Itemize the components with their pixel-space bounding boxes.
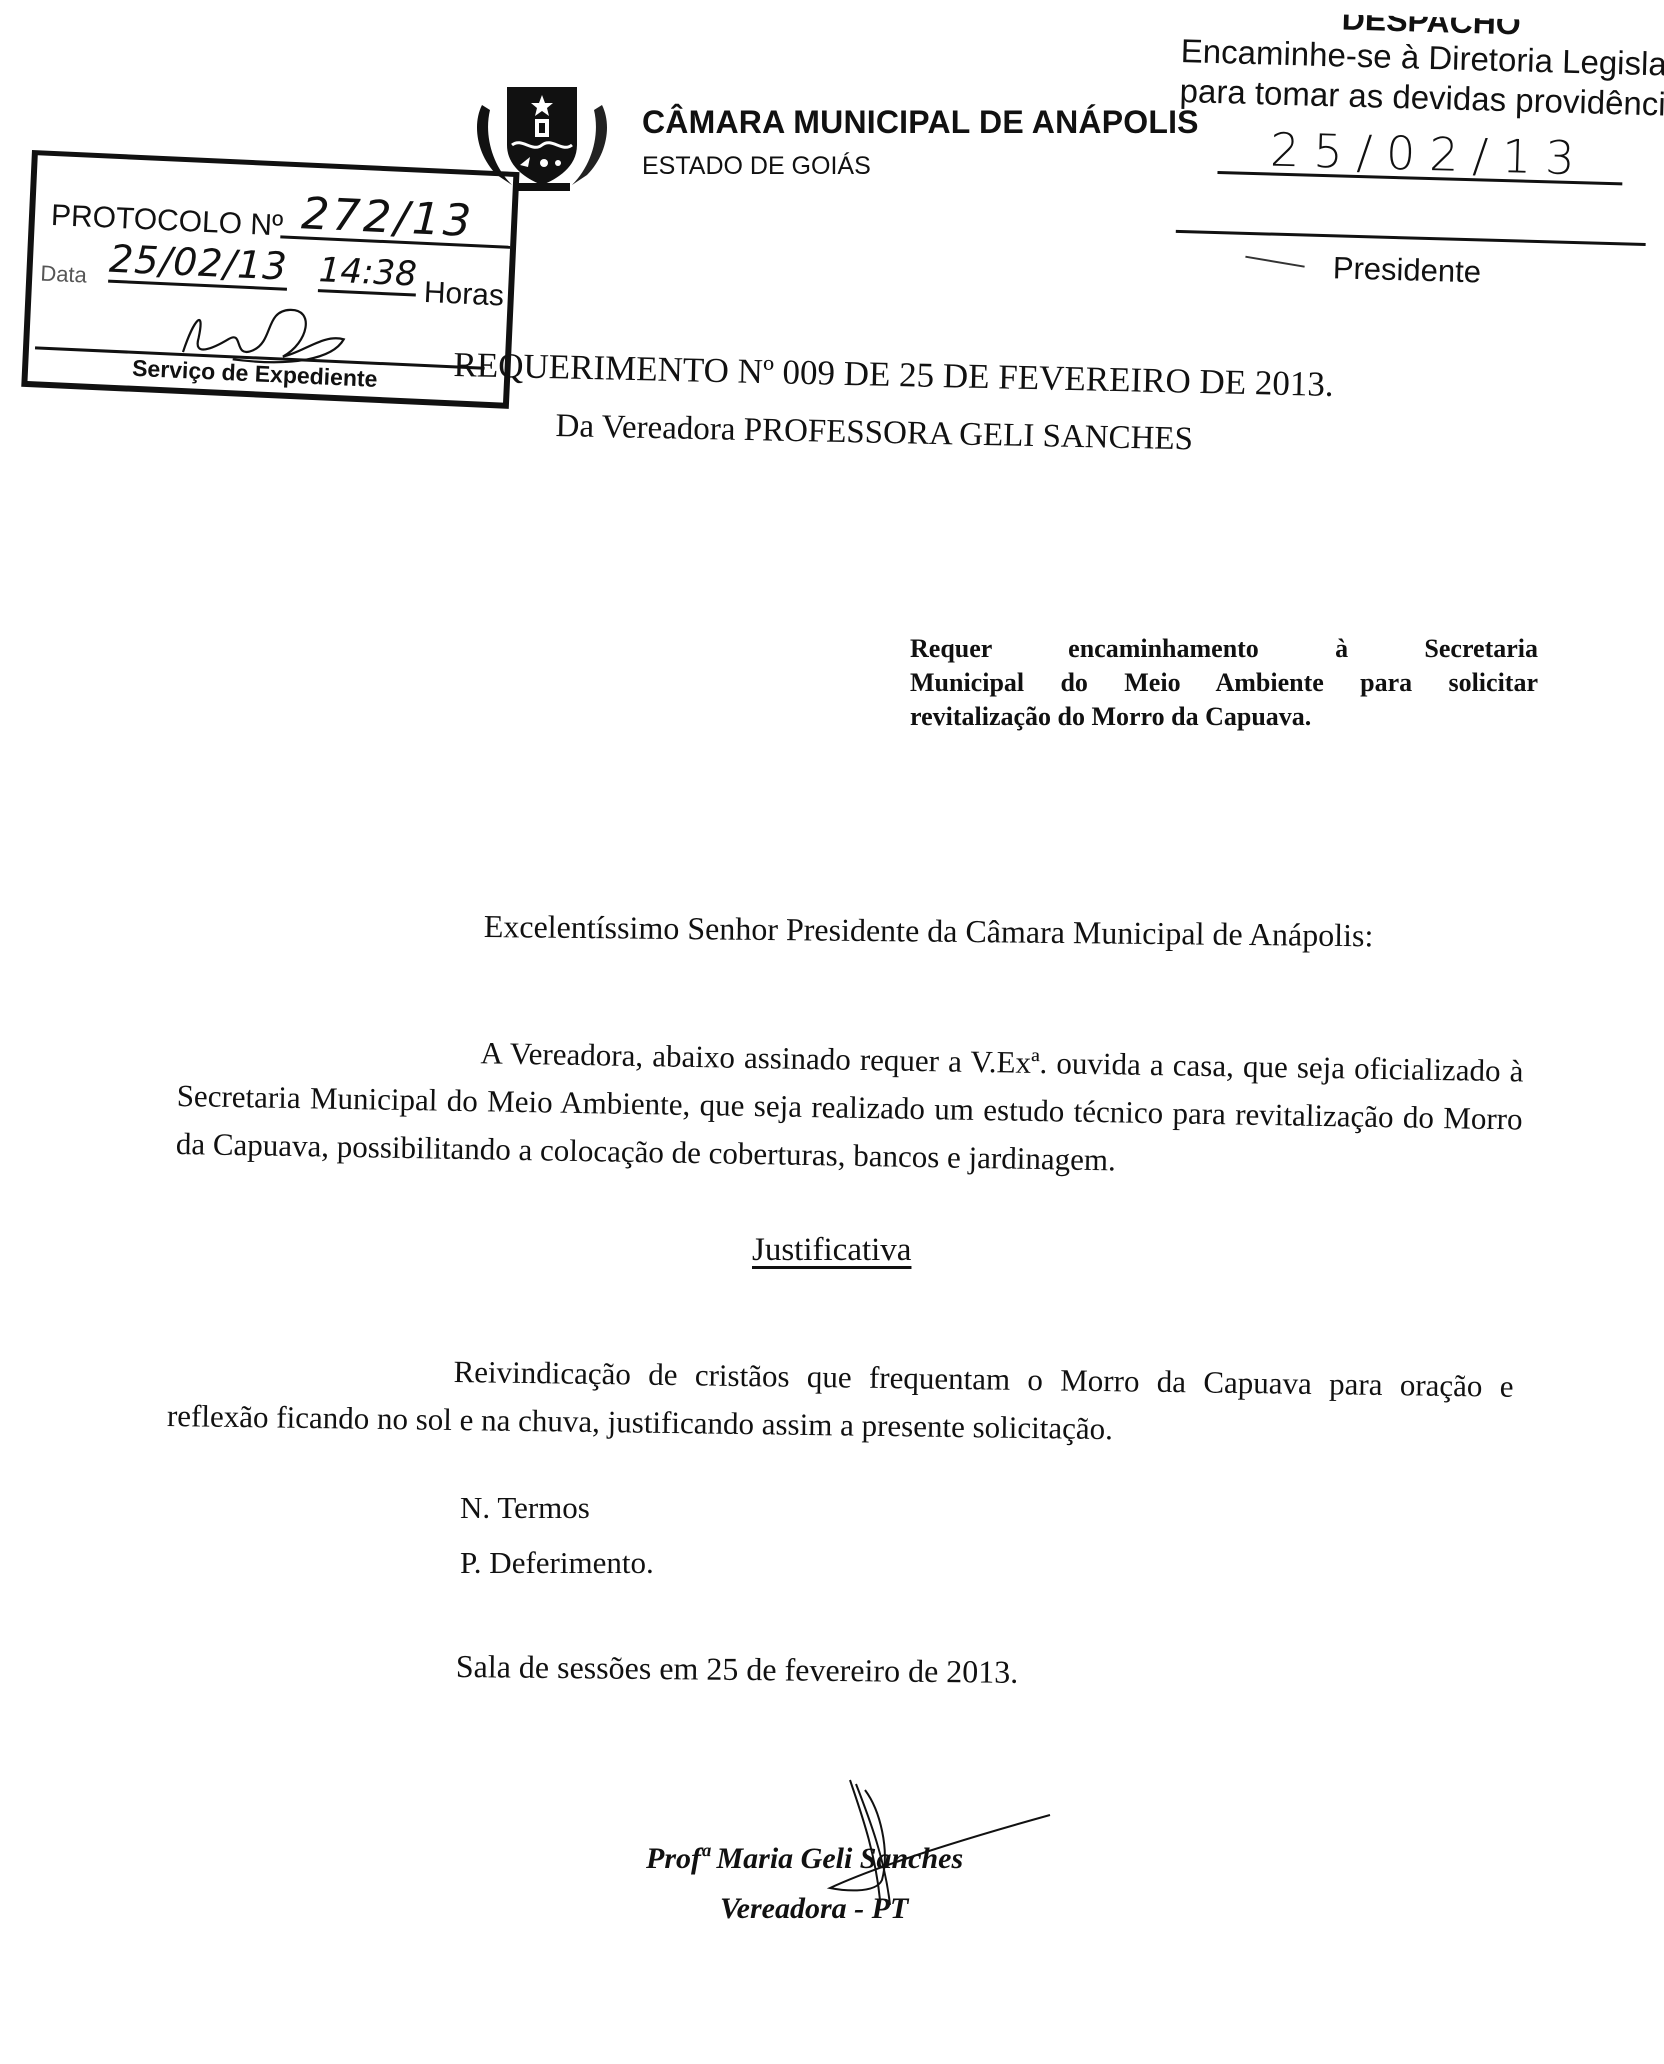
ementa-line: Municipal do Meio Ambiente para solicita… — [910, 666, 1538, 700]
closing-terms: N. Termos — [460, 1490, 590, 1526]
closing-deferimento: P. Deferimento. — [460, 1545, 654, 1581]
protocol-date-label: Data — [40, 261, 88, 289]
despacho-mark — [1245, 256, 1304, 268]
justification-text: Reivindicação de cristãos que frequentam… — [167, 1344, 1514, 1459]
protocol-time: 14:38 — [318, 253, 418, 296]
request-body: A Vereadora, abaixo assinado requer a V.… — [175, 1024, 1523, 1191]
salutation: Excelentíssimo Senhor Presidente da Câma… — [484, 908, 1374, 954]
state-name: ESTADO DE GOIÁS — [642, 152, 871, 181]
ementa-line: revitalização do Morro da Capuava. — [910, 700, 1538, 734]
document-author: Da Vereadora PROFESSORA GELI SANCHES — [555, 408, 1193, 458]
place-and-date: Sala de sessões em 25 de fevereiro de 20… — [456, 1648, 1019, 1691]
protocol-stamp: PROTOCOLO Nº 272/13 Data 25/02/13 14:38 … — [22, 150, 522, 400]
ementa-line: Requer encaminhamento à Secretaria — [910, 632, 1538, 666]
request-body-text: A Vereadora, abaixo assinado requer a V.… — [175, 1024, 1523, 1191]
signature-name: Profª Maria Geli Sanches — [646, 1842, 963, 1876]
protocol-date: 25/02/13 — [108, 240, 288, 291]
institution-name: CÂMARA MUNICIPAL DE ANÁPOLIS — [642, 104, 1199, 141]
despacho-stamp: DESPACHO Encaminhe-se à Diretoria Legisl… — [1174, 10, 1664, 313]
protocol-hours-label: Horas — [423, 276, 504, 314]
signature-role: Vereadora - PT — [720, 1892, 908, 1926]
document-title: REQUERIMENTO Nº 009 DE 25 DE FEVEREIRO D… — [453, 345, 1334, 405]
ementa: Requer encaminhamento à Secretaria Munic… — [910, 632, 1538, 734]
despacho-signatory: Presidente — [1332, 250, 1481, 290]
justification-body: Reivindicação de cristãos que frequentam… — [167, 1344, 1514, 1459]
author-signature-icon — [820, 1770, 1060, 1910]
justification-heading: Justificativa — [752, 1232, 911, 1269]
despacho-signature-rule — [1176, 230, 1646, 246]
